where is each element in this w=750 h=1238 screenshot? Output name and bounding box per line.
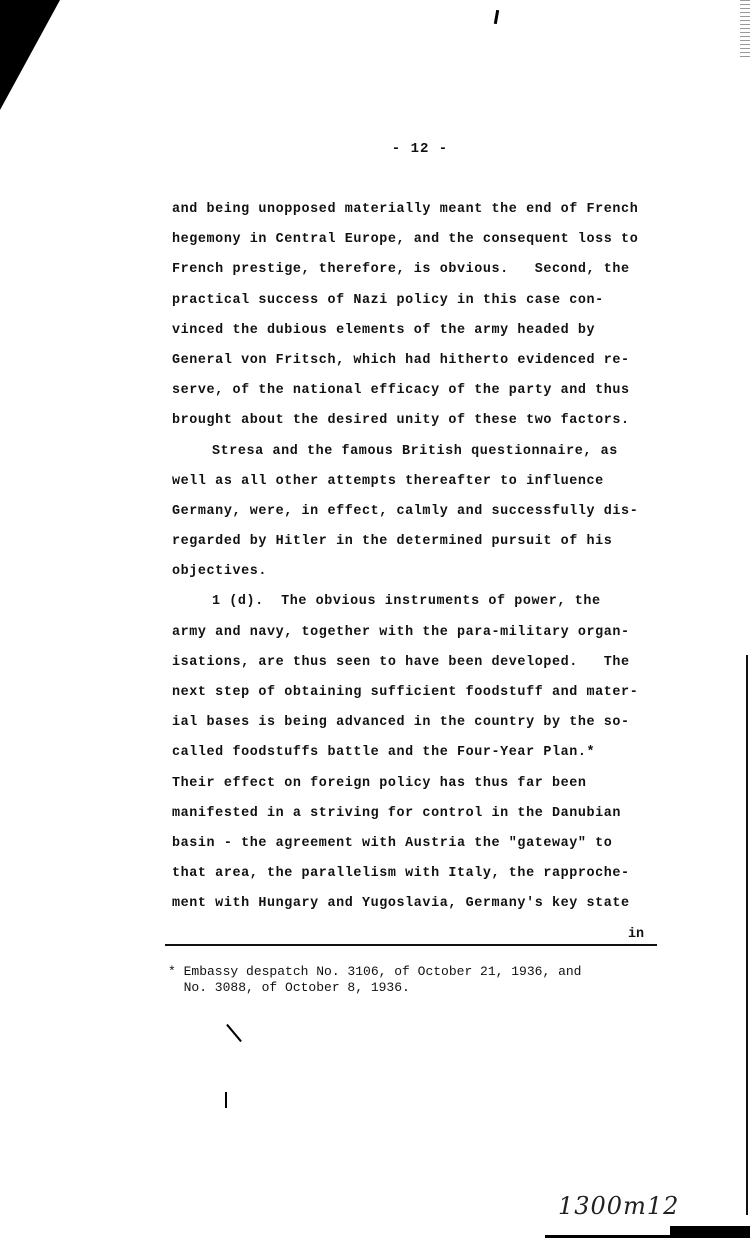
text-line: next step of obtaining sufficient foodst… [172, 683, 662, 713]
text-line: that area, the parallelism with Italy, t… [172, 864, 662, 894]
text-line: called foodstuffs battle and the Four-Ye… [172, 743, 662, 773]
scanned-page: - 12 - and being unopposed materially me… [0, 0, 750, 1238]
handwritten-annotation: 1300m12 [558, 1192, 679, 1220]
text-line: hegemony in Central Europe, and the cons… [172, 230, 662, 260]
page-number: - 12 - [0, 141, 750, 157]
text-line: Their effect on foreign policy has thus … [172, 774, 662, 804]
text-line: army and navy, together with the para-mi… [172, 623, 662, 653]
continuation-word: in [628, 927, 644, 942]
text-line: well as all other attempts thereafter to… [172, 472, 662, 502]
text-line: General von Fritsch, which had hitherto … [172, 351, 662, 381]
scan-corner-shadow [0, 0, 60, 110]
text-line: 1 (d). The obvious instruments of power,… [172, 592, 662, 622]
text-line: manifested in a striving for control in … [172, 804, 662, 834]
scan-edge-noise [740, 0, 750, 60]
ink-mark [226, 1024, 242, 1042]
text-line: brought about the desired unity of these… [172, 411, 662, 441]
text-line: serve, of the national efficacy of the p… [172, 381, 662, 411]
text-line: ial bases is being advanced in the count… [172, 713, 662, 743]
ink-mark [494, 10, 499, 24]
text-line: Germany, were, in effect, calmly and suc… [172, 502, 662, 532]
scan-right-edge [746, 655, 748, 1215]
footnote: * Embassy despatch No. 3106, of October … [168, 964, 581, 996]
text-line: regarded by Hitler in the determined pur… [172, 532, 662, 562]
footnote-rule [165, 944, 657, 946]
text-line: vinced the dubious elements of the army … [172, 321, 662, 351]
body-text: and being unopposed materially meant the… [172, 200, 662, 925]
text-line: objectives. [172, 562, 662, 592]
scan-bottom-shadow [670, 1226, 750, 1238]
text-line: practical success of Nazi policy in this… [172, 291, 662, 321]
text-line: French prestige, therefore, is obvious. … [172, 260, 662, 290]
text-line: ment with Hungary and Yugoslavia, German… [172, 894, 662, 924]
ink-mark [225, 1092, 227, 1108]
text-line: isations, are thus seen to have been dev… [172, 653, 662, 683]
text-line: basin - the agreement with Austria the "… [172, 834, 662, 864]
text-line: and being unopposed materially meant the… [172, 200, 662, 230]
text-line: Stresa and the famous British questionna… [172, 442, 662, 472]
